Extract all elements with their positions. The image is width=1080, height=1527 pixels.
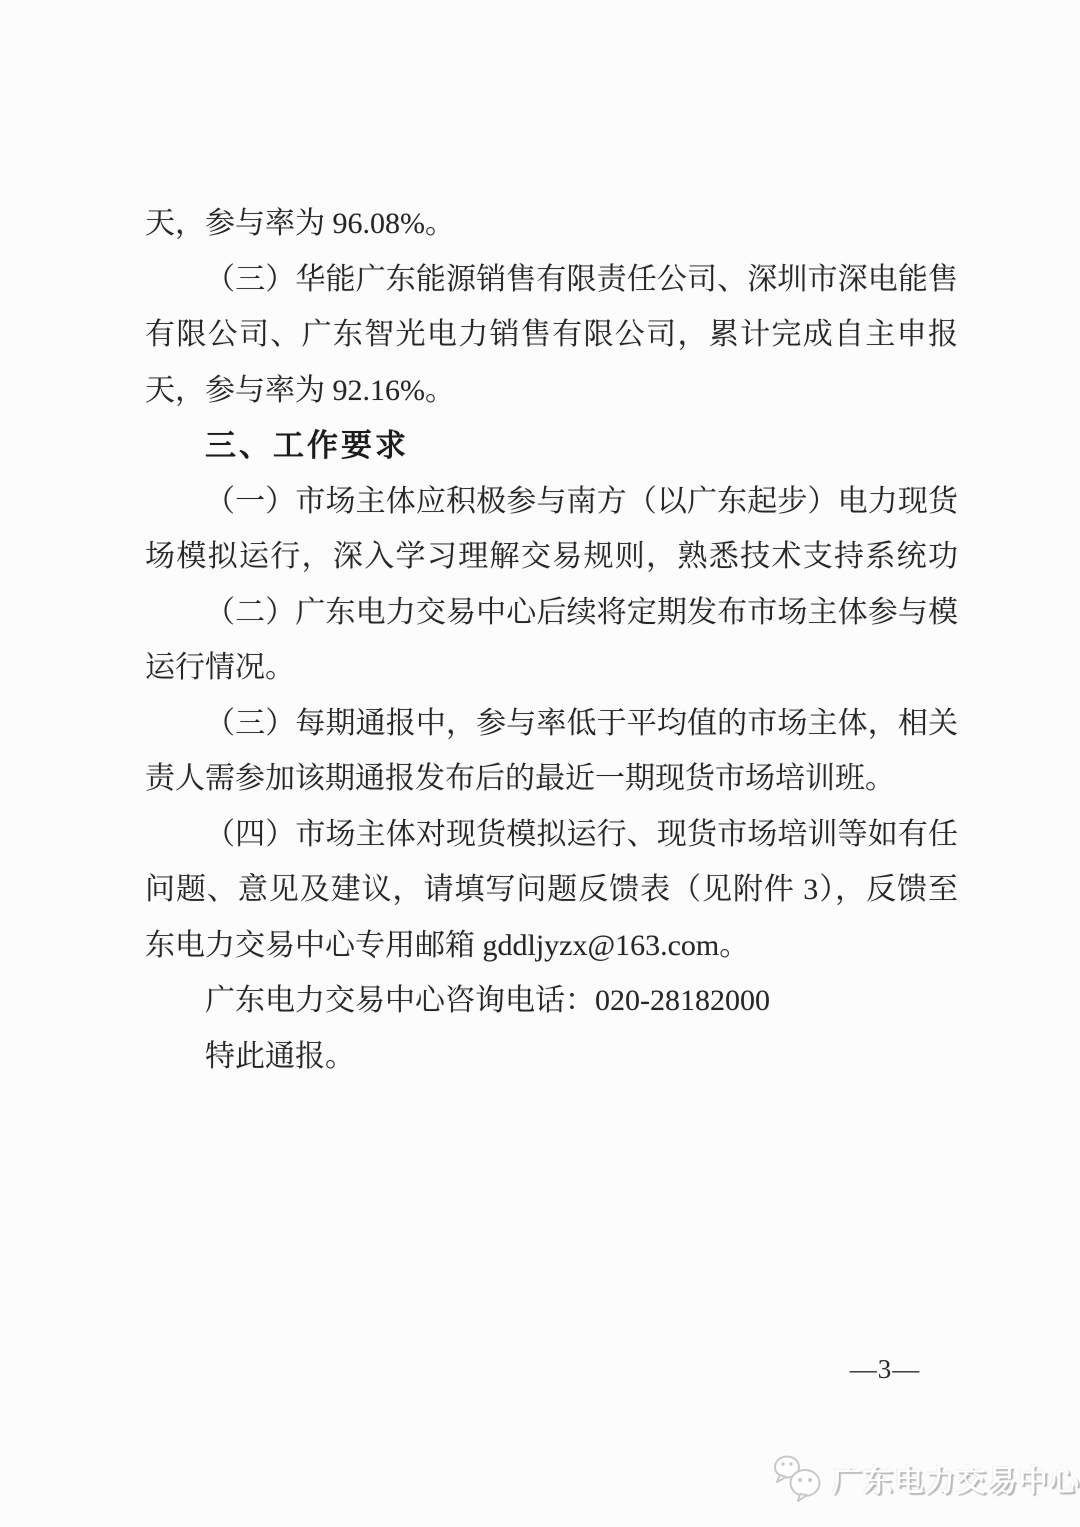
document-page: 天，参与率为 96.08%。（三）华能广东能源销售有限责任公司、深圳市深电能售电… xyxy=(0,0,1080,1527)
text-line: 运行情况。 xyxy=(145,640,958,696)
text-line: 特此通报。 xyxy=(145,1029,958,1085)
section-heading: 三、工作要求 xyxy=(145,418,958,474)
text-line: 责人需参加该期通报发布后的最近一期现货市场培训班。 xyxy=(145,751,958,807)
text-line: （四）市场主体对现货模拟运行、现货市场培训等如有任何 xyxy=(145,807,958,863)
wechat-icon xyxy=(770,1450,826,1506)
text-line: 有限公司、广东智光电力销售有限公司，累计完成自主申报 47 xyxy=(145,307,958,363)
document-body: 天，参与率为 96.08%。（三）华能广东能源销售有限责任公司、深圳市深电能售电… xyxy=(145,196,958,1084)
text-line: （二）广东电力交易中心后续将定期发布市场主体参与模拟 xyxy=(145,585,958,641)
text-line: 天，参与率为 92.16%。 xyxy=(145,363,958,419)
text-line: （三）每期通报中，参与率低于平均值的市场主体，相关负 xyxy=(145,696,958,752)
text-line: 天，参与率为 96.08%。 xyxy=(145,196,958,252)
text-line: （三）华能广东能源销售有限责任公司、深圳市深电能售电 xyxy=(145,252,958,308)
page-number: —3— xyxy=(840,1352,930,1386)
text-line: 广东电力交易中心咨询电话：020-28182000 xyxy=(145,973,958,1029)
text-line: 东电力交易中心专用邮箱 gddljyzx@163.com。 xyxy=(145,918,958,974)
text-line: 问题、意见及建议，请填写问题反馈表（见附件 3），反馈至广 xyxy=(145,862,958,918)
footer-brand-label: 广东电力交易中心 xyxy=(832,1456,1080,1500)
text-line: （一）市场主体应积极参与南方（以广东起步）电力现货市 xyxy=(145,474,958,530)
footer-watermark: 广东电力交易中心 xyxy=(770,1450,1080,1506)
text-line: 场模拟运行，深入学习理解交易规则，熟悉技术支持系统功能。 xyxy=(145,529,958,585)
